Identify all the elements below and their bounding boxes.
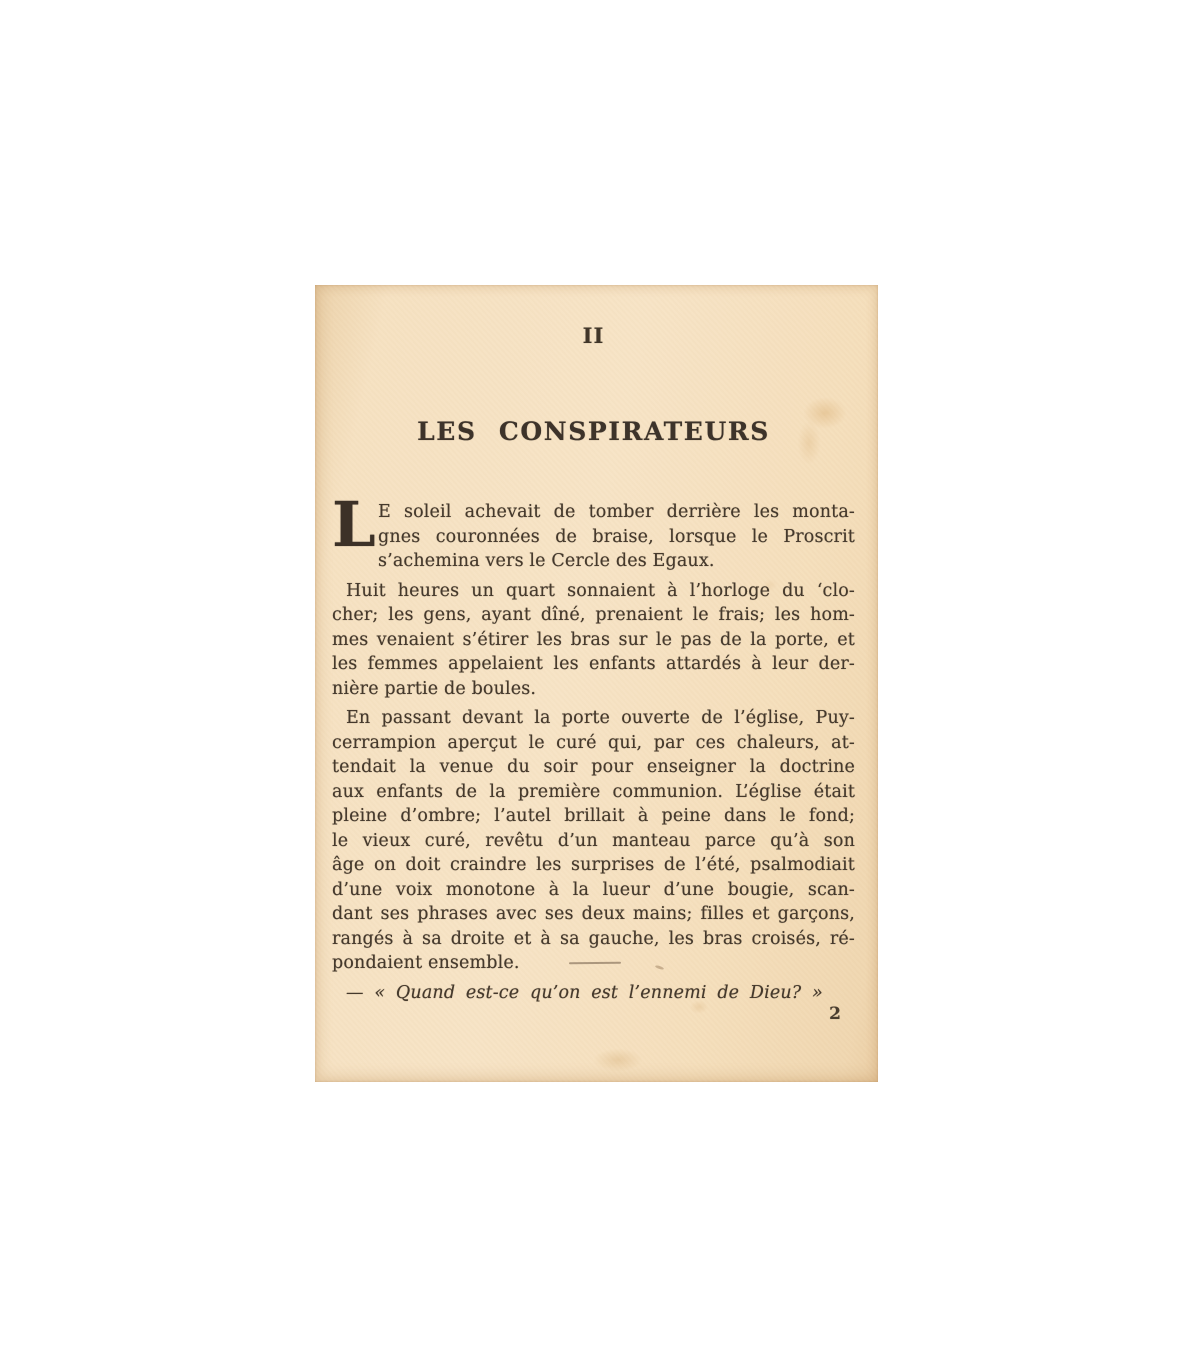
text-block: LE soleil achevait de tomber derrière le… (332, 500, 855, 1010)
paragraph-line: E soleil achevait de tomber derrière les… (378, 500, 855, 525)
dropcap-letter: L (332, 501, 376, 549)
paragraph: LE soleil achevait de tomber derrière le… (332, 500, 855, 574)
paragraph-line: En passant devant la porte ouverte de l’… (332, 706, 855, 731)
chapter-number: II (332, 323, 855, 348)
book-page: II LES CONSPIRATEURS LE soleil achevait … (315, 285, 878, 1082)
paragraph-line: les femmes appelaient les enfants attard… (332, 652, 855, 677)
paragraph-line: cher; les gens, ayant dîné, prenaient le… (332, 603, 855, 628)
paragraph-line: s’achemina vers le Cercle des Egaux. (378, 549, 855, 574)
paragraph: Huit heures un quart sonnaient à l’horlo… (332, 579, 855, 702)
paragraph-line: pleine d’ombre; l’autel brillait à peine… (332, 804, 855, 829)
paragraph-line: gnes couronnées de braise, lorsque le Pr… (378, 525, 855, 550)
paragraph: — « Quand est-ce qu’on est l’ennemi de D… (332, 981, 855, 1006)
paragraph-line: Huit heures un quart sonnaient à l’horlo… (332, 579, 855, 604)
scan-background: { "document": { "chapter_number": "II", … (0, 0, 1200, 1372)
paragraph-line: dant ses phrases avec ses deux mains; fi… (332, 902, 855, 927)
paragraph-line: âge on doit craindre les surprises de l’… (332, 853, 855, 878)
paragraph-line: tendait la venue du soir pour enseigner … (332, 755, 855, 780)
paragraph-line: mes venaient s’étirer les bras sur le pa… (332, 628, 855, 653)
paragraph-line: le vieux curé, revêtu d’un manteau parce… (332, 829, 855, 854)
paragraph-line: aux enfants de la première communion. L’… (332, 780, 855, 805)
paragraph-line: — « Quand est-ce qu’on est l’ennemi de D… (332, 981, 855, 1006)
chapter-title: LES CONSPIRATEURS (332, 417, 855, 446)
page-number: 2 (829, 1004, 841, 1024)
paragraph-line: rangés à sa droite et à sa gauche, les b… (332, 927, 855, 952)
paragraph: En passant devant la porte ouverte de l’… (332, 706, 855, 976)
paragraph-line: nière partie de boules. (332, 677, 855, 702)
paragraph-line: d’une voix monotone à la lueur d’une bou… (332, 878, 855, 903)
paragraph-line: cerrampion aperçut le curé qui, par ces … (332, 731, 855, 756)
